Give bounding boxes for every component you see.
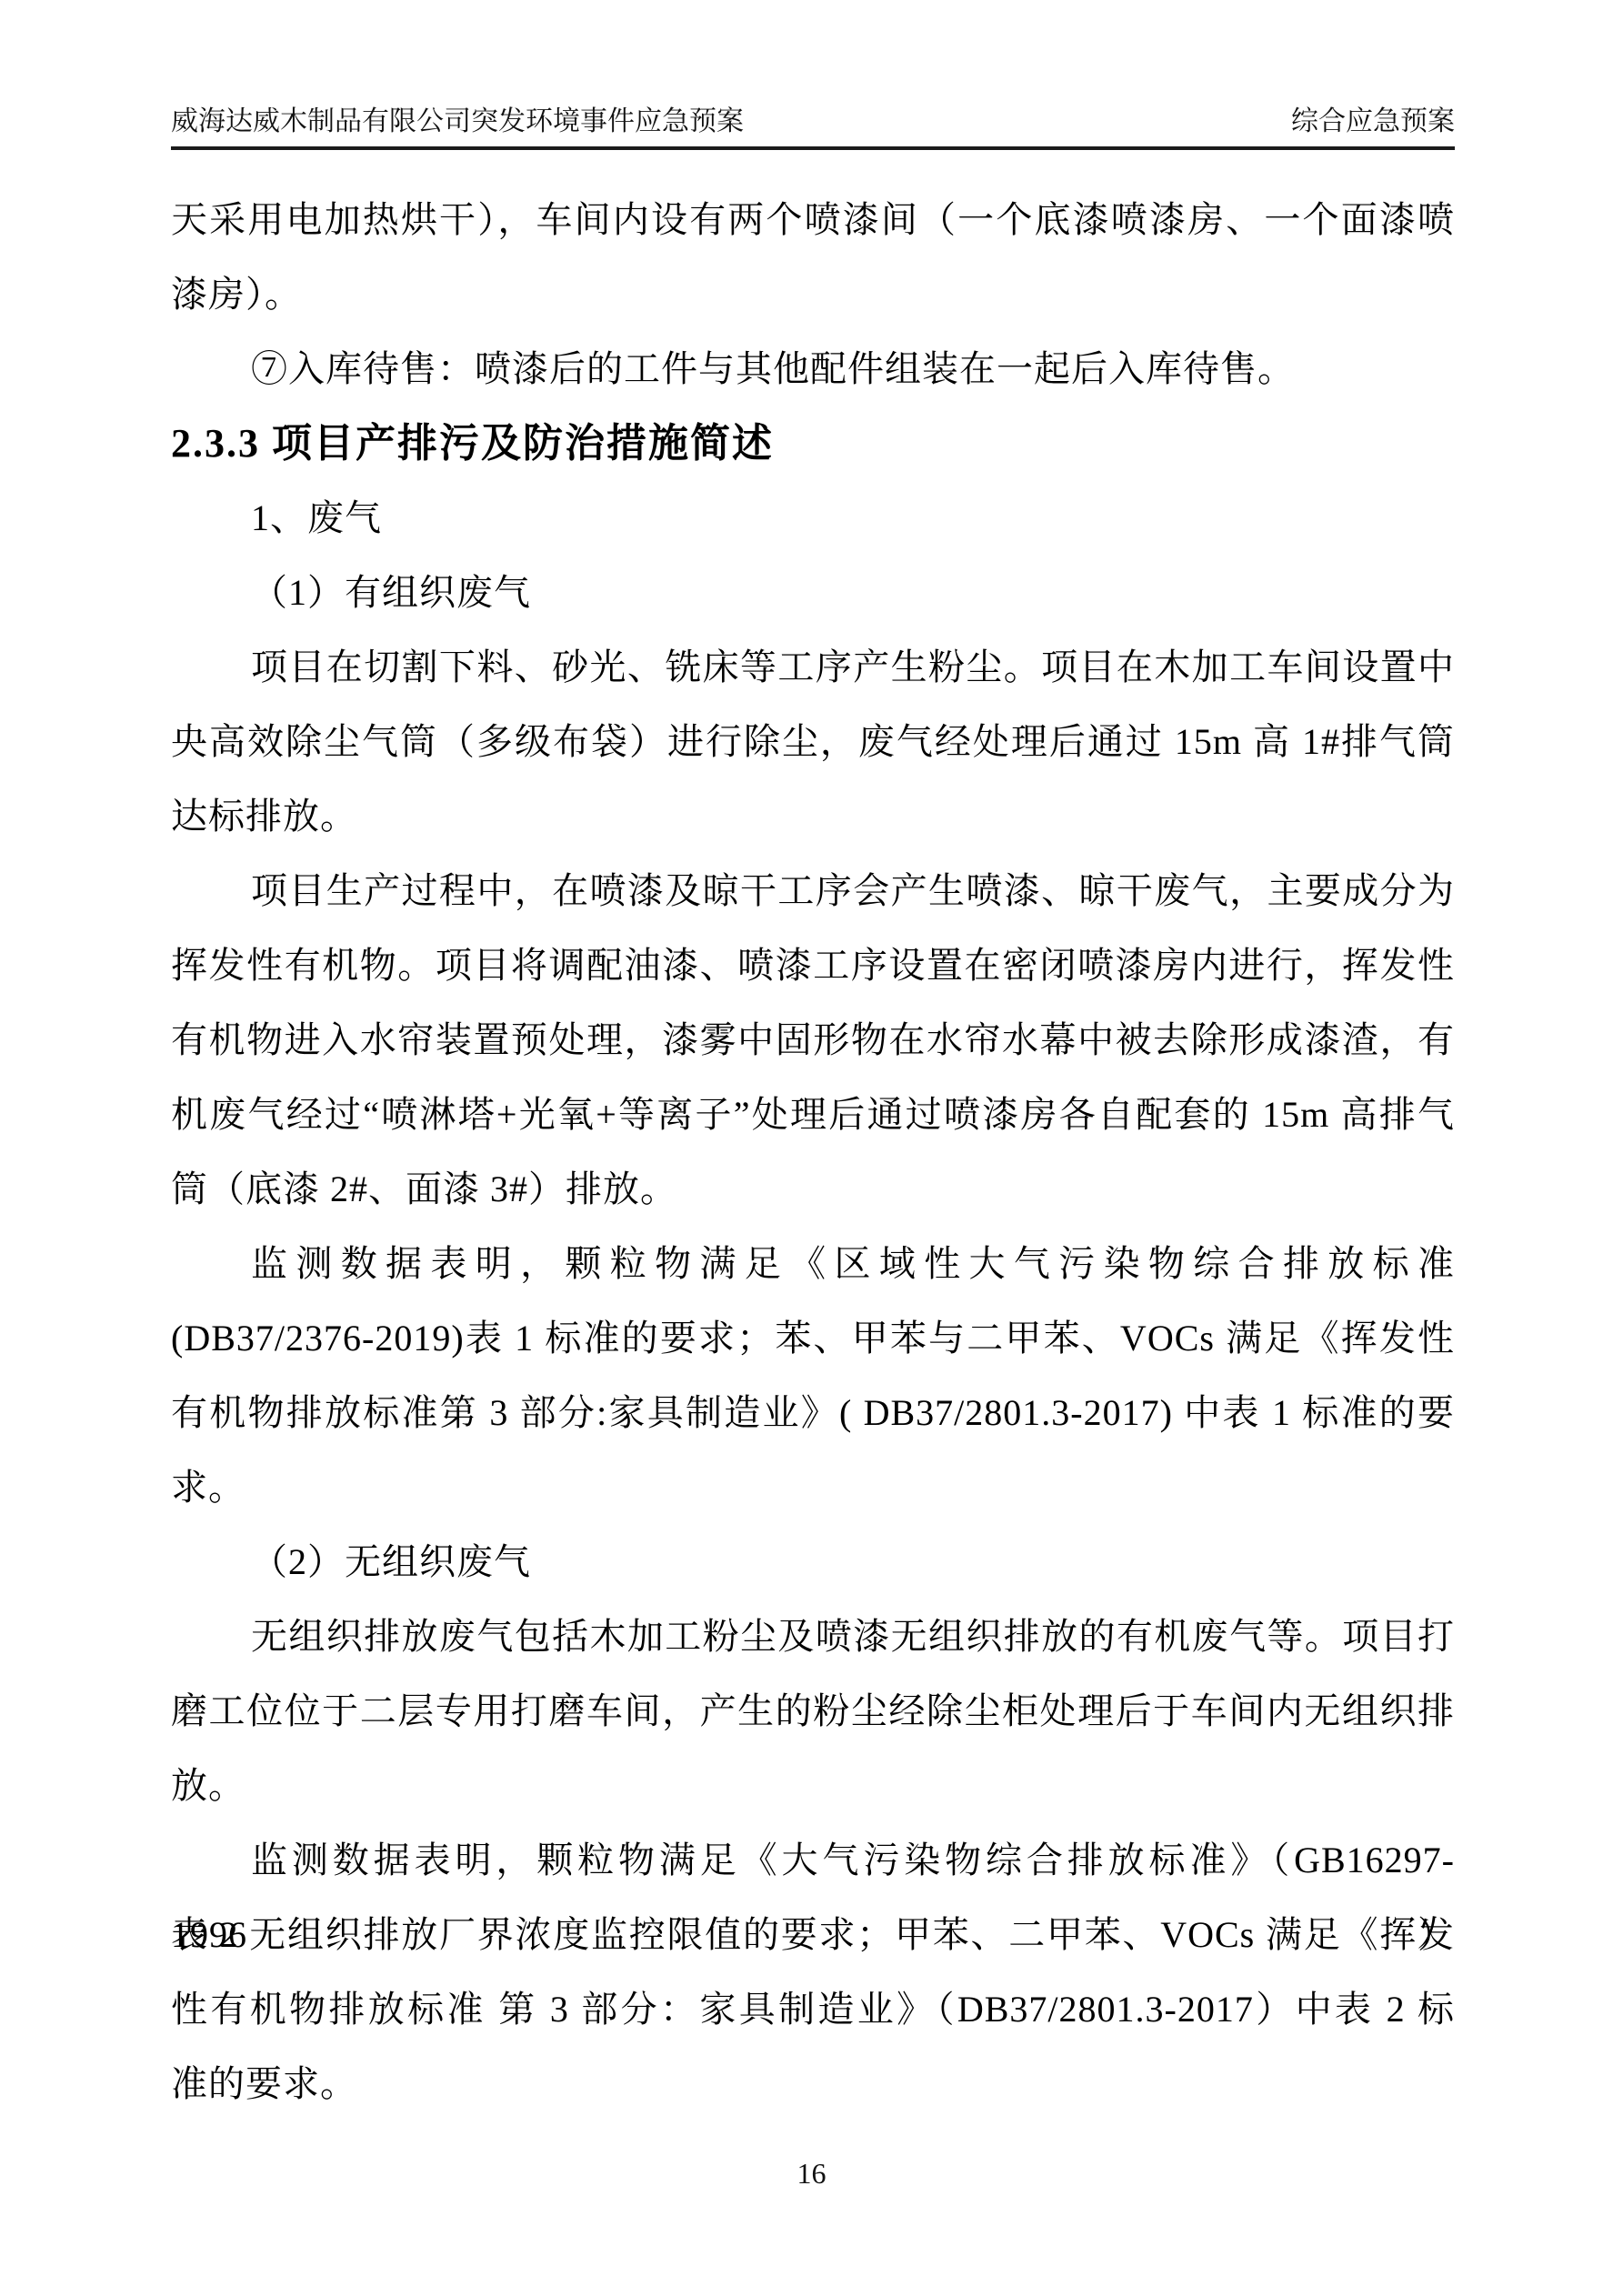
text-line: 准的要求。 [171, 2047, 1455, 2121]
text-line: 性有机物排放标准 第 3 部分：家具制造业》（DB37/2801.3-2017）… [171, 1972, 1455, 2047]
document-page: 威海达威木制品有限公司突发环境事件应急预案 综合应急预案 天采用电加热烘干），车… [0, 0, 1623, 2296]
page-footer: 16 [0, 2157, 1623, 2191]
text-line: 机废气经过“喷淋塔+光氧+等离子”处理后通过喷漆房各自配套的 15m 高排气 [171, 1078, 1455, 1152]
text-line: 达标排放。 [171, 779, 1455, 854]
text-line: （1）有组织废气 [171, 556, 1455, 630]
text-line: 项目在切割下料、砂光、铣床等工序产生粉尘。项目在木加工车间设置中 [171, 630, 1455, 705]
text-line: 1、废气 [171, 481, 1455, 556]
text-line: 放。 [171, 1749, 1455, 1823]
text-line: ⑦入库待售：喷漆后的工件与其他配件组装在一起后入库待售。 [171, 332, 1455, 406]
text-line: 筒（底漆 2#、面漆 3#）排放。 [171, 1152, 1455, 1227]
text-line: 无组织排放废气包括木加工粉尘及喷漆无组织排放的有机废气等。项目打 [171, 1599, 1455, 1674]
page-number: 16 [797, 2157, 827, 2190]
text-line: (DB37/2376-2019)表 1 标准的要求；苯、甲苯与二甲苯、VOCs … [171, 1301, 1455, 1376]
text-line: 项目生产过程中，在喷漆及晾干工序会产生喷漆、晾干废气，主要成分为 [171, 854, 1455, 928]
text-line: 求。 [171, 1450, 1455, 1525]
text-line: （2）无组织废气 [171, 1525, 1455, 1599]
text-line: 央高效除尘气筒（多级布袋）进行除尘，废气经处理后通过 15m 高 1#排气筒 [171, 705, 1455, 779]
text-line: 监测数据表明，颗粒物满足《大气污染物综合排放标准》（GB16297-1996） [171, 1823, 1455, 1898]
section-heading: 2.3.3 项目产排污及防治措施简述 [171, 406, 1455, 481]
document-content: 天采用电加热烘干），车间内设有两个喷漆间（一个底漆喷漆房、一个面漆喷漆房）。⑦入… [171, 183, 1455, 2121]
text-line: 天采用电加热烘干），车间内设有两个喷漆间（一个底漆喷漆房、一个面漆喷 [171, 183, 1455, 257]
header-doc-type: 综合应急预案 [1291, 105, 1455, 138]
text-line: 挥发性有机物。项目将调配油漆、喷漆工序设置在密闭喷漆房内进行，挥发性 [171, 928, 1455, 1003]
text-line: 表 2 无组织排放厂界浓度监控限值的要求；甲苯、二甲苯、VOCs 满足《挥发 [171, 1898, 1455, 1972]
text-line: 有机物排放标准第 3 部分:家具制造业》( DB37/2801.3-2017) … [171, 1376, 1455, 1450]
header-doc-title: 威海达威木制品有限公司突发环境事件应急预案 [171, 105, 744, 138]
text-line: 有机物进入水帘装置预处理，漆雾中固形物在水帘水幕中被去除形成漆渣，有 [171, 1003, 1455, 1078]
text-line: 监测数据表明，颗粒物满足《区域性大气污染物综合排放标准 [171, 1227, 1455, 1301]
text-line: 漆房）。 [171, 257, 1455, 332]
page-header: 威海达威木制品有限公司突发环境事件应急预案 综合应急预案 [171, 105, 1455, 150]
text-line: 磨工位位于二层专用打磨车间，产生的粉尘经除尘柜处理后于车间内无组织排 [171, 1674, 1455, 1749]
